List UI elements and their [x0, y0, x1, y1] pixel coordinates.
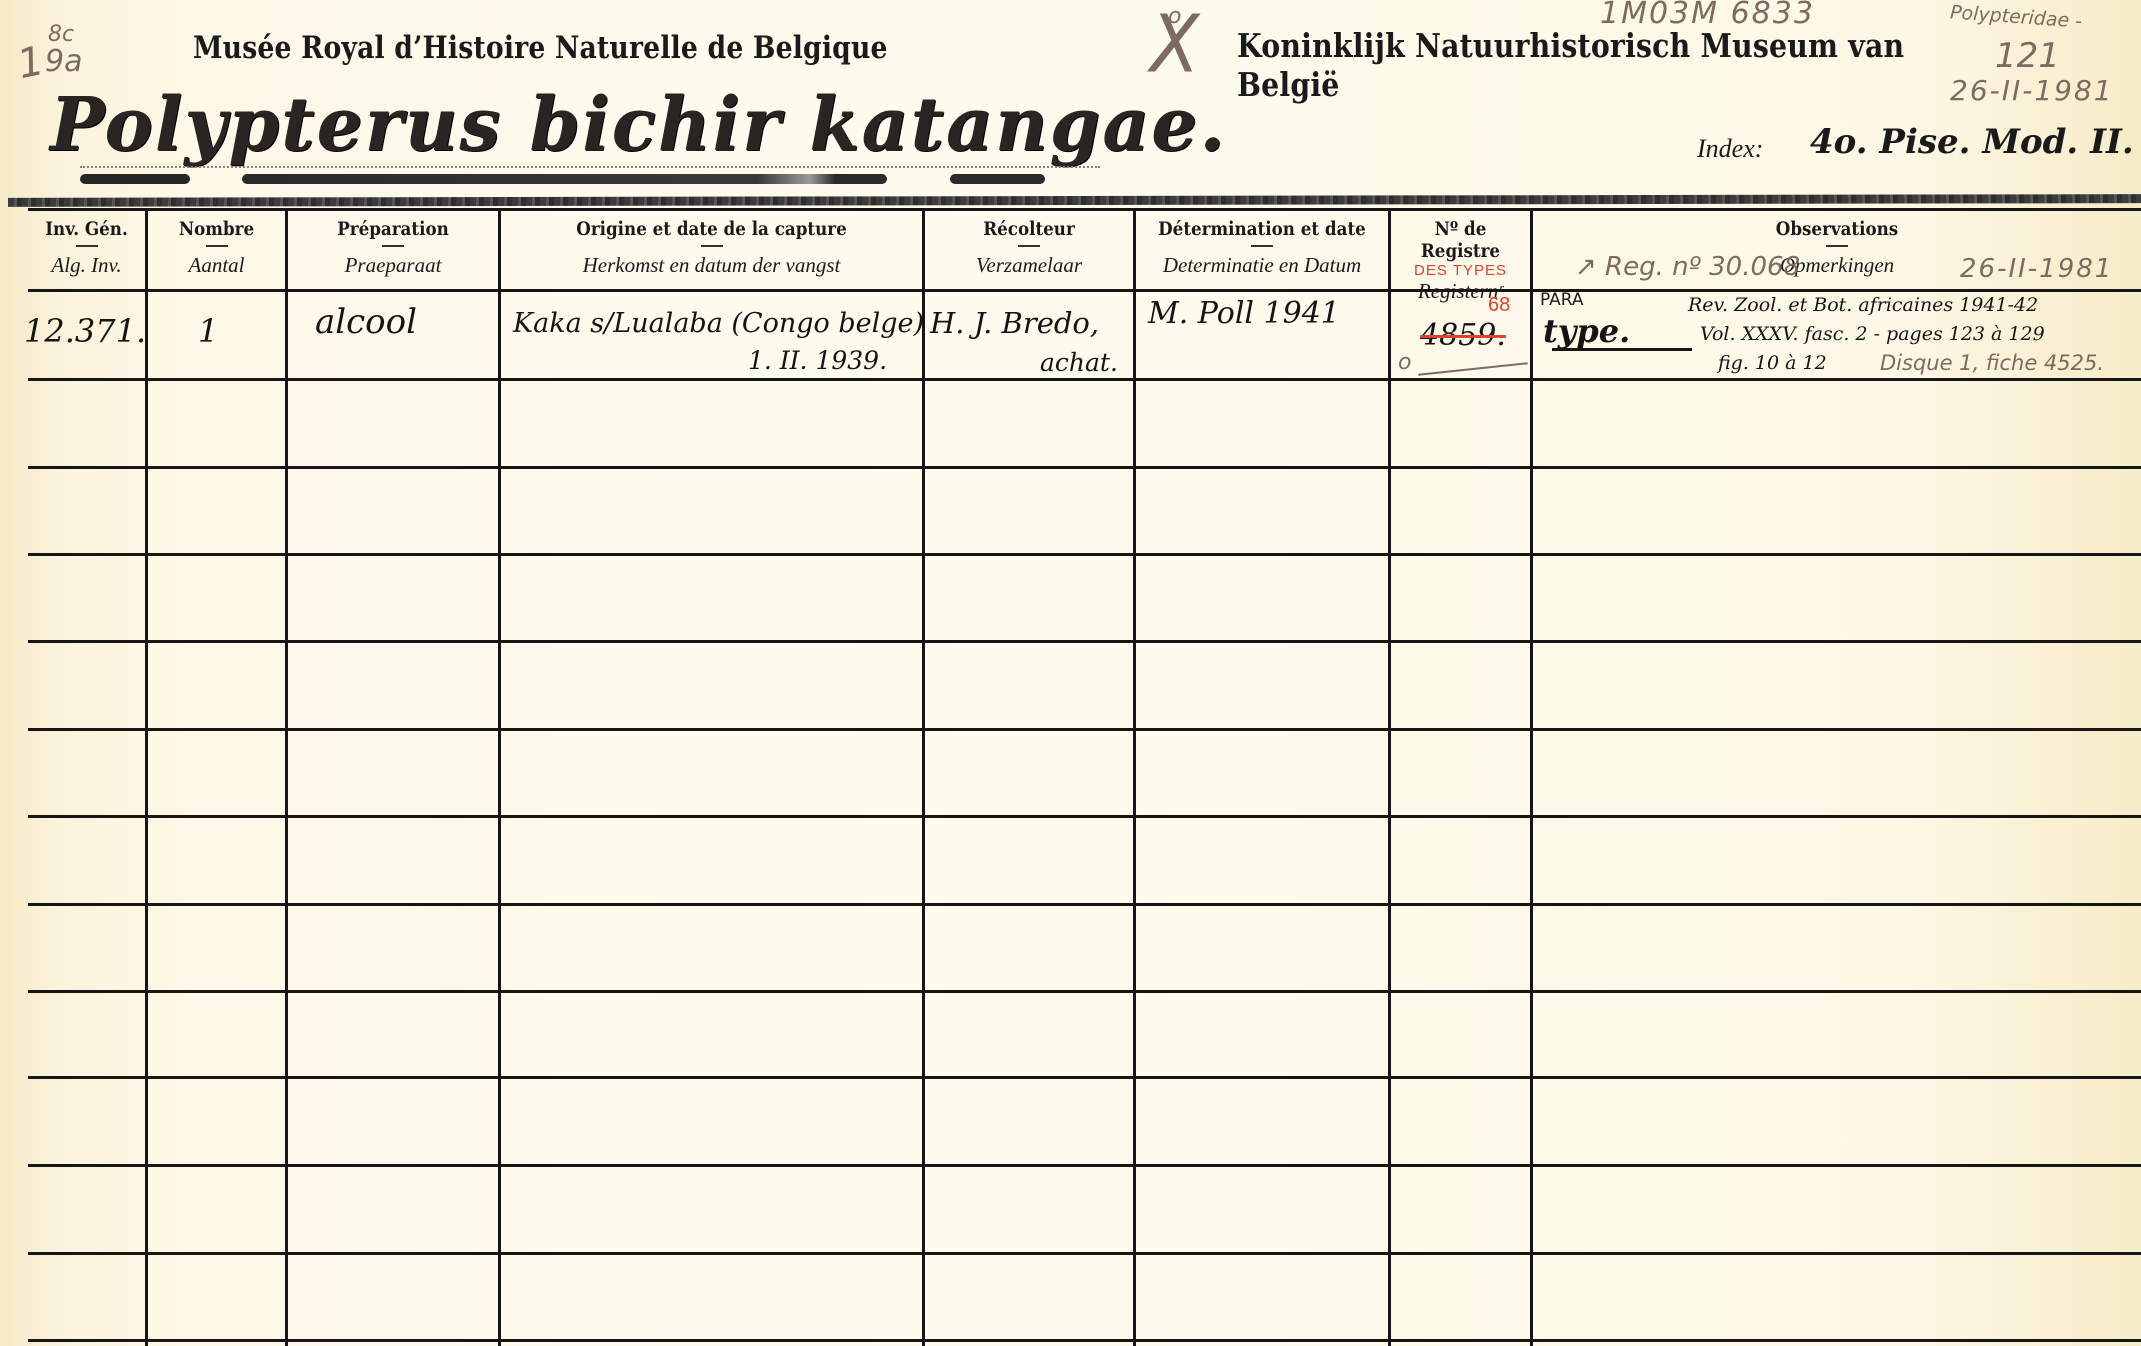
header-label-fr: Récolteur [937, 218, 1120, 240]
column-header-determination: Détermination et date Determinatie en Da… [1136, 212, 1388, 288]
cell-origine-line2: 1. II. 1939. [748, 346, 887, 375]
cell-recolteur-line2: achat. [1040, 348, 1118, 377]
observations-type-underline [1552, 348, 1692, 351]
title-underline [242, 174, 887, 184]
header-dash [701, 245, 723, 247]
observations-line3: fig. 10 à 12 [1718, 352, 1827, 374]
column-divider [1388, 210, 1391, 1346]
header-dash [1018, 245, 1040, 247]
title-underline [80, 174, 190, 184]
row-divider [28, 553, 2141, 556]
header-label-nl: Verzamelaar [925, 253, 1133, 278]
observations-type: type. [1543, 312, 1630, 350]
observations-pencil-note: Disque 1, fiche 4525. [1880, 351, 2104, 375]
cell-inv-gen: 12.371. [24, 312, 146, 350]
column-divider [1530, 210, 1533, 1346]
column-header-origine: Origine et date de la capture Herkomst e… [501, 212, 922, 288]
row-divider [28, 289, 2141, 292]
registre-type-annotation: DES TYPES [1391, 263, 1530, 278]
row-divider [28, 1076, 2141, 1079]
cell-origine-line1: Kaka s/Lualaba (Congo belge) [513, 308, 924, 339]
header-label-nl: Determinatie en Datum [1136, 253, 1388, 278]
header-label-fr: Détermination et date [1151, 218, 1373, 240]
institution-name-nl: Koninklijk Natuurhistorisch Museum van B… [1237, 26, 2014, 104]
header-dash [1251, 245, 1273, 247]
row-divider [28, 728, 2141, 731]
institution-name-fr: Musée Royal d’Histoire Naturelle de Belg… [193, 30, 888, 66]
observations-date-annotation: 26-II-1981 [1960, 254, 2113, 284]
margin-annotation: 9a [45, 44, 82, 79]
title-dotted-line [80, 166, 1100, 168]
row-divider [28, 1339, 2141, 1342]
observations-line1: Rev. Zool. et Bot. africaines 1941-42 [1688, 294, 2038, 316]
circle-mark-icon: o [1168, 4, 1181, 29]
header-dash [382, 245, 404, 247]
column-header-preparation: Préparation Praeparaat [288, 212, 498, 288]
header-dash [76, 245, 98, 247]
row-divider [28, 466, 2141, 469]
column-divider [922, 210, 925, 1346]
table-top-rule [8, 194, 2141, 207]
row-divider [28, 903, 2141, 906]
cell-preparation: alcool [315, 302, 417, 342]
header-label-fr: Nombre [156, 218, 277, 240]
registre-correction: 68 [1488, 294, 1510, 317]
column-divider [285, 210, 288, 1346]
column-divider [1133, 210, 1136, 1346]
column-header-nombre: Nombre Aantal [148, 212, 285, 288]
row-divider [28, 1164, 2141, 1167]
cell-recolteur-line1: H. J. Bredo, [930, 306, 1099, 340]
header-label-fr: Préparation [301, 218, 486, 240]
header-dash [1826, 245, 1848, 247]
row-divider [28, 208, 2141, 211]
index-value: 4o. Pise. Mod. II. [1810, 122, 2134, 162]
header-label-nl: Aantal [148, 253, 285, 278]
column-header-inv-gen: Inv. Gén. Alg. Inv. [28, 212, 145, 288]
column-divider [498, 210, 501, 1346]
cell-nombre: 1 [198, 312, 218, 350]
header-label-fr: Nº de Registre [1399, 218, 1521, 262]
header-dash [206, 245, 228, 247]
row-divider [28, 815, 2141, 818]
header-label-nl: Alg. Inv. [28, 253, 145, 278]
registre-mark: o [1398, 350, 1411, 375]
index-label: Index: [1697, 134, 1763, 164]
column-divider [145, 210, 148, 1346]
margin-annotation: 1 [13, 38, 47, 88]
header-label-nl: Herkomst en datum der vangst [501, 253, 922, 278]
header-label-fr: Observations [1569, 218, 2104, 240]
cell-registre: 4859. [1420, 318, 1506, 353]
title-underline [950, 174, 1045, 184]
column-header-recolteur: Récolteur Verzamelaar [925, 212, 1133, 288]
registre-pencil-stroke [1418, 362, 1528, 376]
row-divider [28, 378, 2141, 381]
row-divider [28, 640, 2141, 643]
species-title: Polypterus bichir katangae. [50, 82, 1227, 168]
row-divider [28, 990, 2141, 993]
cell-determination: M. Poll 1941 [1148, 296, 1340, 331]
header-label-nl: Praeparaat [288, 253, 498, 278]
header-label-fr: Origine et date de la capture [526, 218, 896, 240]
observations-line2: Vol. XXXV. fasc. 2 - pages 123 à 129 [1700, 323, 2045, 345]
header-label-fr: Inv. Gén. [35, 218, 138, 240]
reg-number-annotation: ↗ Reg. nº 30.068 [1575, 252, 1800, 282]
row-divider [28, 1252, 2141, 1255]
observations-para-label: PARA [1540, 290, 1584, 310]
column-header-registre: Nº de Registre DES TYPES Registernʳ [1391, 212, 1530, 288]
